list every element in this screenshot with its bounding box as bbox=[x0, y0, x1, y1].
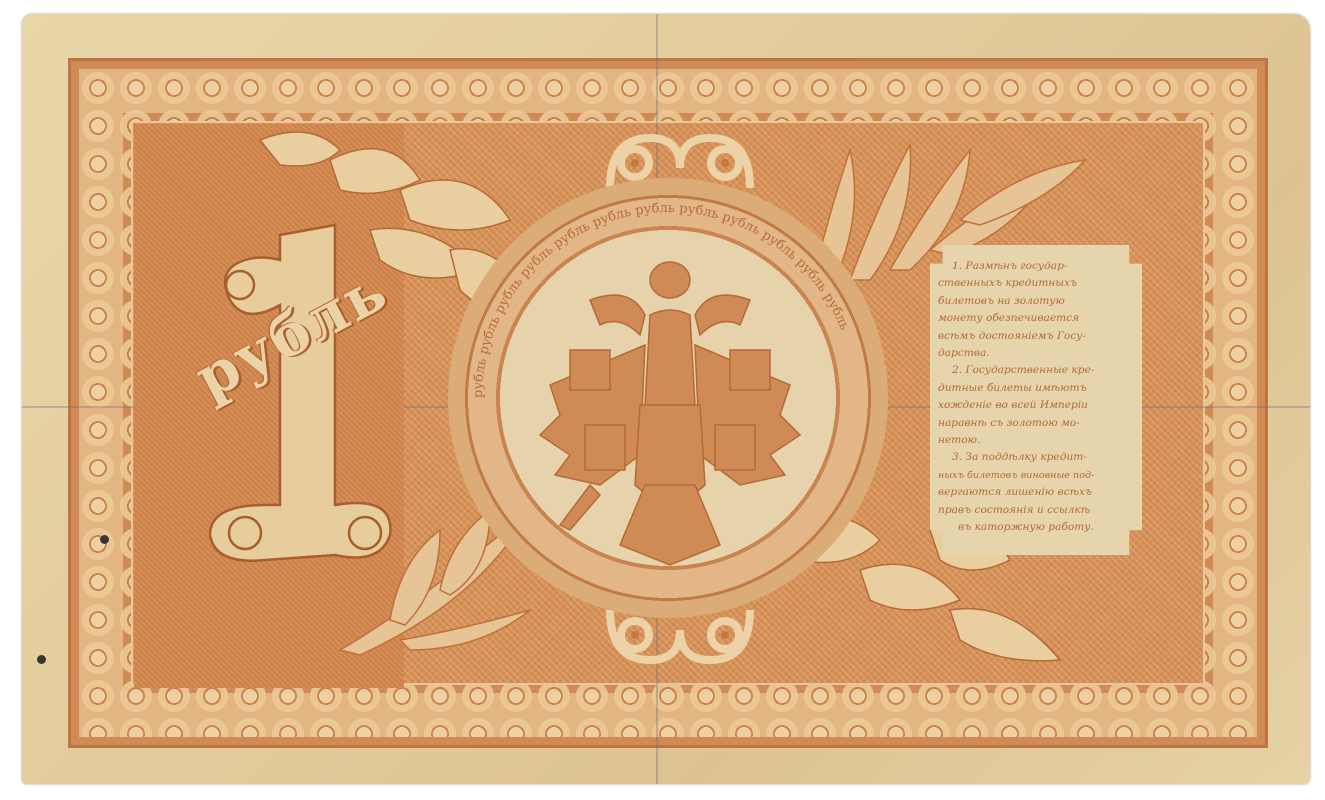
pin-hole bbox=[100, 535, 109, 544]
text-line: 3. За поддѣлку кредит- bbox=[938, 449, 1138, 466]
text-line: билетовъ на золотую bbox=[938, 293, 1138, 310]
double-headed-eagle-icon bbox=[530, 255, 810, 575]
text-line: дарства. bbox=[938, 345, 1138, 362]
pin-hole bbox=[37, 655, 46, 664]
text-line: вергаются лишенію всѣхъ bbox=[938, 484, 1138, 501]
text-line: монету обезпечивается bbox=[938, 310, 1138, 327]
text-line: правъ состоянія и ссылкѣ bbox=[938, 502, 1138, 519]
text-line: ныхъ билетовъ виновные под- bbox=[938, 467, 1138, 484]
text-line: въ каторжную работу. bbox=[938, 519, 1138, 536]
text-line: 1. Размѣнъ государ- bbox=[938, 258, 1138, 275]
legal-text-block: 1. Размѣнъ государ- ственныхъ кредитныхъ… bbox=[938, 258, 1138, 537]
text-line: дитные билеты имѣютъ bbox=[938, 380, 1138, 397]
text-line: нетою. bbox=[938, 432, 1138, 449]
text-line: 2. Государственные кре- bbox=[938, 362, 1138, 379]
text-line: наравнѣ съ золотою мо- bbox=[938, 415, 1138, 432]
text-line: хожденіе во всей Имперіи bbox=[938, 397, 1138, 414]
text-line: ственныхъ кредитныхъ bbox=[938, 275, 1138, 292]
text-line: всѣмъ достояніемъ Госу- bbox=[938, 328, 1138, 345]
